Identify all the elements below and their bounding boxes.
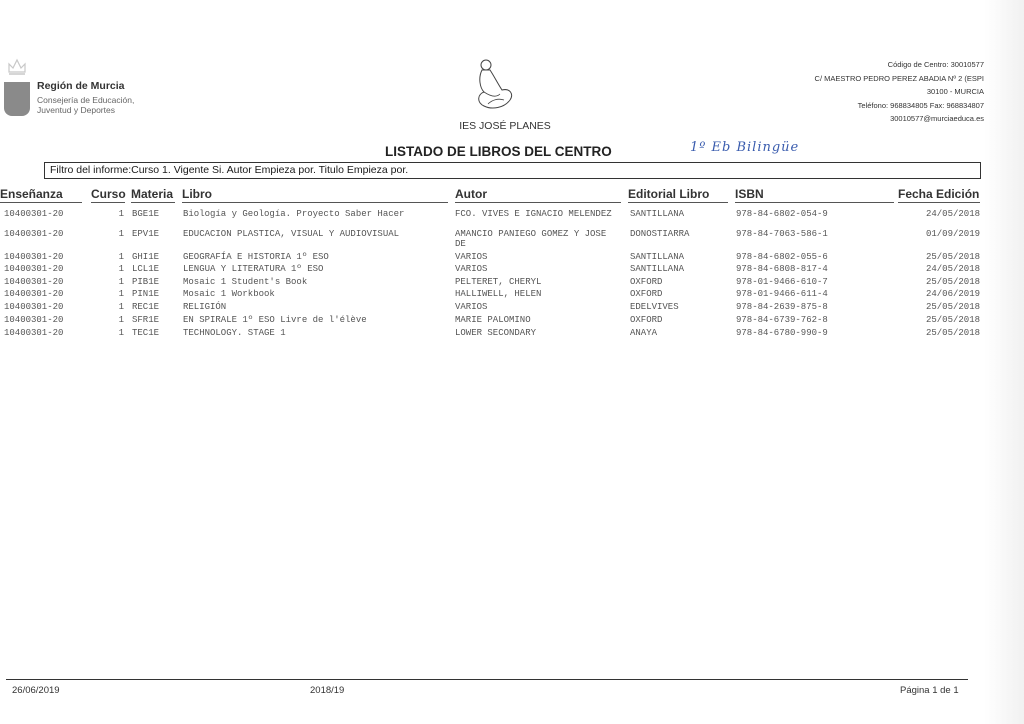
cell-libro: TECHNOLOGY. STAGE 1 bbox=[183, 328, 448, 338]
column-header-materia: Materia bbox=[131, 187, 175, 203]
cell-materia: TEC1E bbox=[132, 328, 176, 338]
cell-libro: Mosaic 1 Student's Book bbox=[183, 277, 448, 287]
cell-ensenanza: 10400301-20 bbox=[4, 315, 86, 325]
cell-autor: VARIOS bbox=[455, 252, 615, 262]
cell-ensenanza: 10400301-20 bbox=[4, 289, 86, 299]
cell-curso: 1 bbox=[100, 315, 124, 325]
center-email: 30010577@murciaeduca.es bbox=[724, 112, 984, 126]
org-name: Región de Murcia bbox=[37, 80, 125, 92]
footer-page-number: Página 1 de 1 bbox=[900, 685, 959, 696]
cell-editorial: EDELVIVES bbox=[630, 302, 730, 312]
column-header-fecha: Fecha Edición bbox=[898, 187, 980, 203]
cell-editorial: SANTILLANA bbox=[630, 264, 730, 274]
footer-school-year: 2018/19 bbox=[310, 685, 344, 696]
cell-editorial: OXFORD bbox=[630, 277, 730, 287]
cell-editorial: OXFORD bbox=[630, 315, 730, 325]
org-subtitle: Consejería de Educación, Juventud y Depo… bbox=[37, 95, 177, 115]
cell-fecha: 24/05/2018 bbox=[898, 209, 980, 219]
cell-libro: Mosaic 1 Workbook bbox=[183, 289, 448, 299]
cell-curso: 1 bbox=[100, 328, 124, 338]
footer-date: 26/06/2019 bbox=[12, 685, 60, 696]
cell-libro: Biología y Geología. Proyecto Saber Hace… bbox=[183, 209, 448, 219]
cell-autor: LOWER SECONDARY bbox=[455, 328, 615, 338]
center-phone: Teléfono: 968834805 Fax: 968834807 bbox=[724, 99, 984, 113]
cell-libro: LENGUA Y LITERATURA 1º ESO bbox=[183, 264, 448, 274]
footer-divider bbox=[6, 679, 968, 680]
cell-materia: EPV1E bbox=[132, 229, 176, 239]
shield-icon bbox=[4, 82, 30, 116]
cell-libro: EDUCACION PLASTICA, VISUAL Y AUDIOVISUAL bbox=[183, 229, 448, 239]
cell-autor: VARIOS bbox=[455, 264, 615, 274]
cell-materia: PIN1E bbox=[132, 289, 176, 299]
cell-autor: HALLIWELL, HELEN bbox=[455, 289, 615, 299]
cell-autor: PELTERET, CHERYL bbox=[455, 277, 615, 287]
cell-ensenanza: 10400301-20 bbox=[4, 209, 86, 219]
cell-fecha: 25/05/2018 bbox=[898, 302, 980, 312]
handwritten-note: 1º Eb Bilingüe bbox=[690, 140, 799, 155]
cell-libro: EN SPIRALE 1º ESO Livre de l'élève bbox=[183, 315, 448, 325]
cell-materia: LCL1E bbox=[132, 264, 176, 274]
cell-isbn: 978-84-6739-762-8 bbox=[736, 315, 886, 325]
cell-ensenanza: 10400301-20 bbox=[4, 277, 86, 287]
cell-isbn: 978-84-6802-055-6 bbox=[736, 252, 886, 262]
cell-ensenanza: 10400301-20 bbox=[4, 302, 86, 312]
cell-materia: REC1E bbox=[132, 302, 176, 312]
report-filter: Filtro del informe:Curso 1. Vigente Si. … bbox=[44, 162, 981, 179]
cell-ensenanza: 10400301-20 bbox=[4, 264, 86, 274]
cell-libro: RELIGIÓN bbox=[183, 302, 448, 312]
cell-curso: 1 bbox=[100, 277, 124, 287]
cell-curso: 1 bbox=[100, 289, 124, 299]
school-logo-icon bbox=[470, 56, 540, 116]
cell-autor: AMANCIO PANIEGO GOMEZ Y JOSE DE bbox=[455, 229, 615, 249]
cell-curso: 1 bbox=[100, 302, 124, 312]
cell-curso: 1 bbox=[100, 264, 124, 274]
cell-autor: MARIE PALOMINO bbox=[455, 315, 615, 325]
region-crest-icon bbox=[4, 56, 30, 116]
cell-isbn: 978-84-6808-817-4 bbox=[736, 264, 886, 274]
center-address: C/ MAESTRO PEDRO PEREZ ABADIA Nº 2 (ESPI bbox=[724, 72, 984, 86]
cell-fecha: 25/05/2018 bbox=[898, 277, 980, 287]
page-edge-shadow bbox=[984, 0, 1024, 724]
cell-materia: PIB1E bbox=[132, 277, 176, 287]
cell-isbn: 978-84-6802-054-9 bbox=[736, 209, 886, 219]
column-header-libro: Libro bbox=[182, 187, 448, 203]
cell-curso: 1 bbox=[100, 252, 124, 262]
cell-isbn: 978-84-7063-586-1 bbox=[736, 229, 886, 239]
cell-fecha: 25/05/2018 bbox=[898, 328, 980, 338]
center-city: 30100 - MURCIA bbox=[724, 85, 984, 99]
cell-materia: SFR1E bbox=[132, 315, 176, 325]
cell-materia: BGE1E bbox=[132, 209, 176, 219]
cell-fecha: 24/05/2018 bbox=[898, 264, 980, 274]
center-info: Código de Centro: 30010577 C/ MAESTRO PE… bbox=[724, 58, 984, 126]
column-header-autor: Autor bbox=[455, 187, 621, 203]
cell-libro: GEOGRAFÍA E HISTORIA 1º ESO bbox=[183, 252, 448, 262]
cell-editorial: DONOSTIARRA bbox=[630, 229, 730, 239]
cell-editorial: OXFORD bbox=[630, 289, 730, 299]
center-code: Código de Centro: 30010577 bbox=[724, 58, 984, 72]
cell-editorial: SANTILLANA bbox=[630, 252, 730, 262]
cell-isbn: 978-01-9466-611-4 bbox=[736, 289, 886, 299]
report-title: LISTADO DE LIBROS DEL CENTRO bbox=[385, 144, 612, 159]
cell-fecha: 25/05/2018 bbox=[898, 252, 980, 262]
cell-editorial: ANAYA bbox=[630, 328, 730, 338]
cell-editorial: SANTILLANA bbox=[630, 209, 730, 219]
column-header-editorial: Editorial Libro bbox=[628, 187, 728, 203]
cell-curso: 1 bbox=[100, 229, 124, 239]
cell-isbn: 978-84-6780-990-9 bbox=[736, 328, 886, 338]
cell-materia: GHI1E bbox=[132, 252, 176, 262]
cell-fecha: 25/05/2018 bbox=[898, 315, 980, 325]
column-header-ensenanza: Enseñanza bbox=[0, 187, 82, 203]
cell-autor: VARIOS bbox=[455, 302, 615, 312]
column-header-isbn: ISBN bbox=[735, 187, 894, 203]
column-header-curso: Curso bbox=[91, 187, 125, 203]
cell-fecha: 24/06/2019 bbox=[898, 289, 980, 299]
cell-ensenanza: 10400301-20 bbox=[4, 328, 86, 338]
cell-curso: 1 bbox=[100, 209, 124, 219]
cell-ensenanza: 10400301-20 bbox=[4, 229, 86, 239]
org-subtitle-line1: Consejería de Educación, bbox=[37, 95, 177, 105]
cell-autor: FCO. VIVES E IGNACIO MELENDEZ bbox=[455, 209, 615, 219]
cell-isbn: 978-84-2639-875-8 bbox=[736, 302, 886, 312]
school-name: IES JOSÉ PLANES bbox=[420, 120, 590, 132]
org-subtitle-line2: Juventud y Deportes bbox=[37, 105, 177, 115]
cell-isbn: 978-01-9466-610-7 bbox=[736, 277, 886, 287]
cell-ensenanza: 10400301-20 bbox=[4, 252, 86, 262]
crown-icon bbox=[7, 56, 27, 76]
cell-fecha: 01/09/2019 bbox=[898, 229, 980, 239]
